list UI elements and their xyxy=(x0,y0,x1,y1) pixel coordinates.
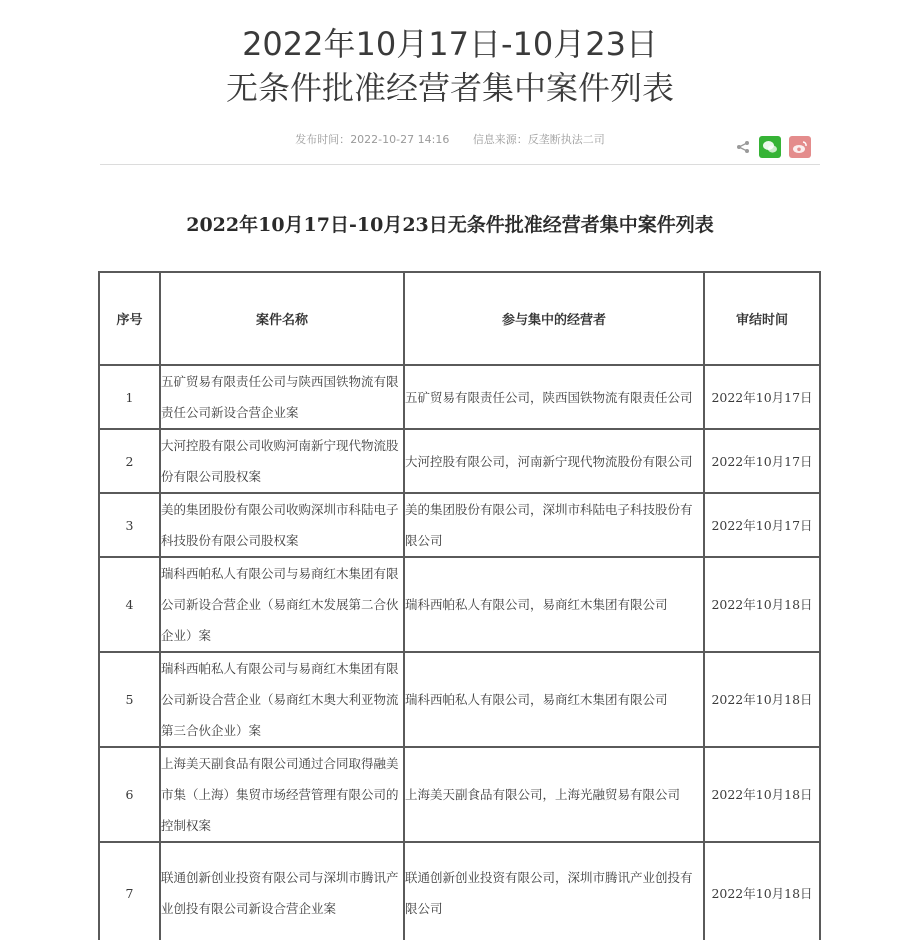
cell-date: 2022年10月17日 xyxy=(704,429,820,493)
page-title-line-2: 无条件批准经营者集中案件列表 xyxy=(0,66,900,110)
cell-date: 2022年10月18日 xyxy=(704,842,820,940)
table-row: 5 瑞科西帕私人有限公司与易商红木集团有限公司新设合营企业（易商红木奥大利亚物流… xyxy=(99,652,820,747)
cell-case-name: 五矿贸易有限责任公司与陕西国铁物流有限责任公司新设合营企业案 xyxy=(160,365,404,429)
page-title-line-1: 2022年10月17日-10月23日 xyxy=(0,22,900,66)
cell-date: 2022年10月17日 xyxy=(704,493,820,557)
cell-no: 6 xyxy=(99,747,160,842)
header-divider xyxy=(100,164,820,165)
info-source-value: 反垄断执法二司 xyxy=(528,133,605,146)
table-row: 2 大河控股有限公司收购河南新宁现代物流股份有限公司股权案 大河控股有限公司，河… xyxy=(99,429,820,493)
info-source-label: 信息来源： xyxy=(473,133,528,146)
cell-no: 4 xyxy=(99,557,160,652)
header-no: 序号 xyxy=(99,272,160,365)
cell-parties: 大河控股有限公司，河南新宁现代物流股份有限公司 xyxy=(404,429,704,493)
cell-case-name: 大河控股有限公司收购河南新宁现代物流股份有限公司股权案 xyxy=(160,429,404,493)
weibo-share-button[interactable] xyxy=(789,136,811,158)
cell-case-name: 上海美天副食品有限公司通过合同取得融美市集（上海）集贸市场经营管理有限公司的控制… xyxy=(160,747,404,842)
weibo-icon xyxy=(792,140,808,154)
cell-case-name: 联通创新创业投资有限公司与深圳市腾讯产业创投有限公司新设合营企业案 xyxy=(160,842,404,940)
cell-case-name: 瑞科西帕私人有限公司与易商红木集团有限公司新设合营企业（易商红木奥大利亚物流第三… xyxy=(160,652,404,747)
wechat-share-button[interactable] xyxy=(759,136,781,158)
cell-parties: 上海美天副食品有限公司，上海光融贸易有限公司 xyxy=(404,747,704,842)
cell-no: 2 xyxy=(99,429,160,493)
table-row: 4 瑞科西帕私人有限公司与易商红木集团有限公司新设合营企业（易商红木发展第二合伙… xyxy=(99,557,820,652)
page-title: 2022年10月17日-10月23日 无条件批准经营者集中案件列表 xyxy=(0,22,900,110)
table-row: 3 美的集团股份有限公司收购深圳市科陆电子科技股份有限公司股权案 美的集团股份有… xyxy=(99,493,820,557)
share-icon[interactable] xyxy=(735,139,751,155)
document-title: 2022年10月17日-10月23日无条件批准经营者集中案件列表 xyxy=(0,212,900,238)
info-source: 信息来源：反垄断执法二司 xyxy=(473,133,605,147)
cell-date: 2022年10月17日 xyxy=(704,365,820,429)
header-case-name: 案件名称 xyxy=(160,272,404,365)
cell-date: 2022年10月18日 xyxy=(704,557,820,652)
cell-date: 2022年10月18日 xyxy=(704,747,820,842)
publish-time-value: 2022-10-27 14:16 xyxy=(350,133,449,146)
cell-no: 1 xyxy=(99,365,160,429)
table-header-row: 序号 案件名称 参与集中的经营者 审结时间 xyxy=(99,272,820,365)
table-row: 6 上海美天副食品有限公司通过合同取得融美市集（上海）集贸市场经营管理有限公司的… xyxy=(99,747,820,842)
cell-parties: 美的集团股份有限公司，深圳市科陆电子科技股份有限公司 xyxy=(404,493,704,557)
share-bar xyxy=(735,136,811,158)
cases-table: 序号 案件名称 参与集中的经营者 审结时间 1 五矿贸易有限责任公司与陕西国铁物… xyxy=(98,271,821,940)
publish-time-label: 发布时间： xyxy=(295,133,350,146)
cell-no: 3 xyxy=(99,493,160,557)
table-row: 7 联通创新创业投资有限公司与深圳市腾讯产业创投有限公司新设合营企业案 联通创新… xyxy=(99,842,820,940)
cell-parties: 联通创新创业投资有限公司，深圳市腾讯产业创投有限公司 xyxy=(404,842,704,940)
table-row: 1 五矿贸易有限责任公司与陕西国铁物流有限责任公司新设合营企业案 五矿贸易有限责… xyxy=(99,365,820,429)
cell-parties: 五矿贸易有限责任公司，陕西国铁物流有限责任公司 xyxy=(404,365,704,429)
cell-parties: 瑞科西帕私人有限公司，易商红木集团有限公司 xyxy=(404,652,704,747)
publish-time: 发布时间：2022-10-27 14:16 xyxy=(295,133,449,147)
cell-parties: 瑞科西帕私人有限公司，易商红木集团有限公司 xyxy=(404,557,704,652)
header-date: 审结时间 xyxy=(704,272,820,365)
cell-date: 2022年10月18日 xyxy=(704,652,820,747)
cell-case-name: 美的集团股份有限公司收购深圳市科陆电子科技股份有限公司股权案 xyxy=(160,493,404,557)
wechat-icon xyxy=(762,140,778,154)
cell-case-name: 瑞科西帕私人有限公司与易商红木集团有限公司新设合营企业（易商红木发展第二合伙企业… xyxy=(160,557,404,652)
cell-no: 5 xyxy=(99,652,160,747)
cell-no: 7 xyxy=(99,842,160,940)
header-parties: 参与集中的经营者 xyxy=(404,272,704,365)
